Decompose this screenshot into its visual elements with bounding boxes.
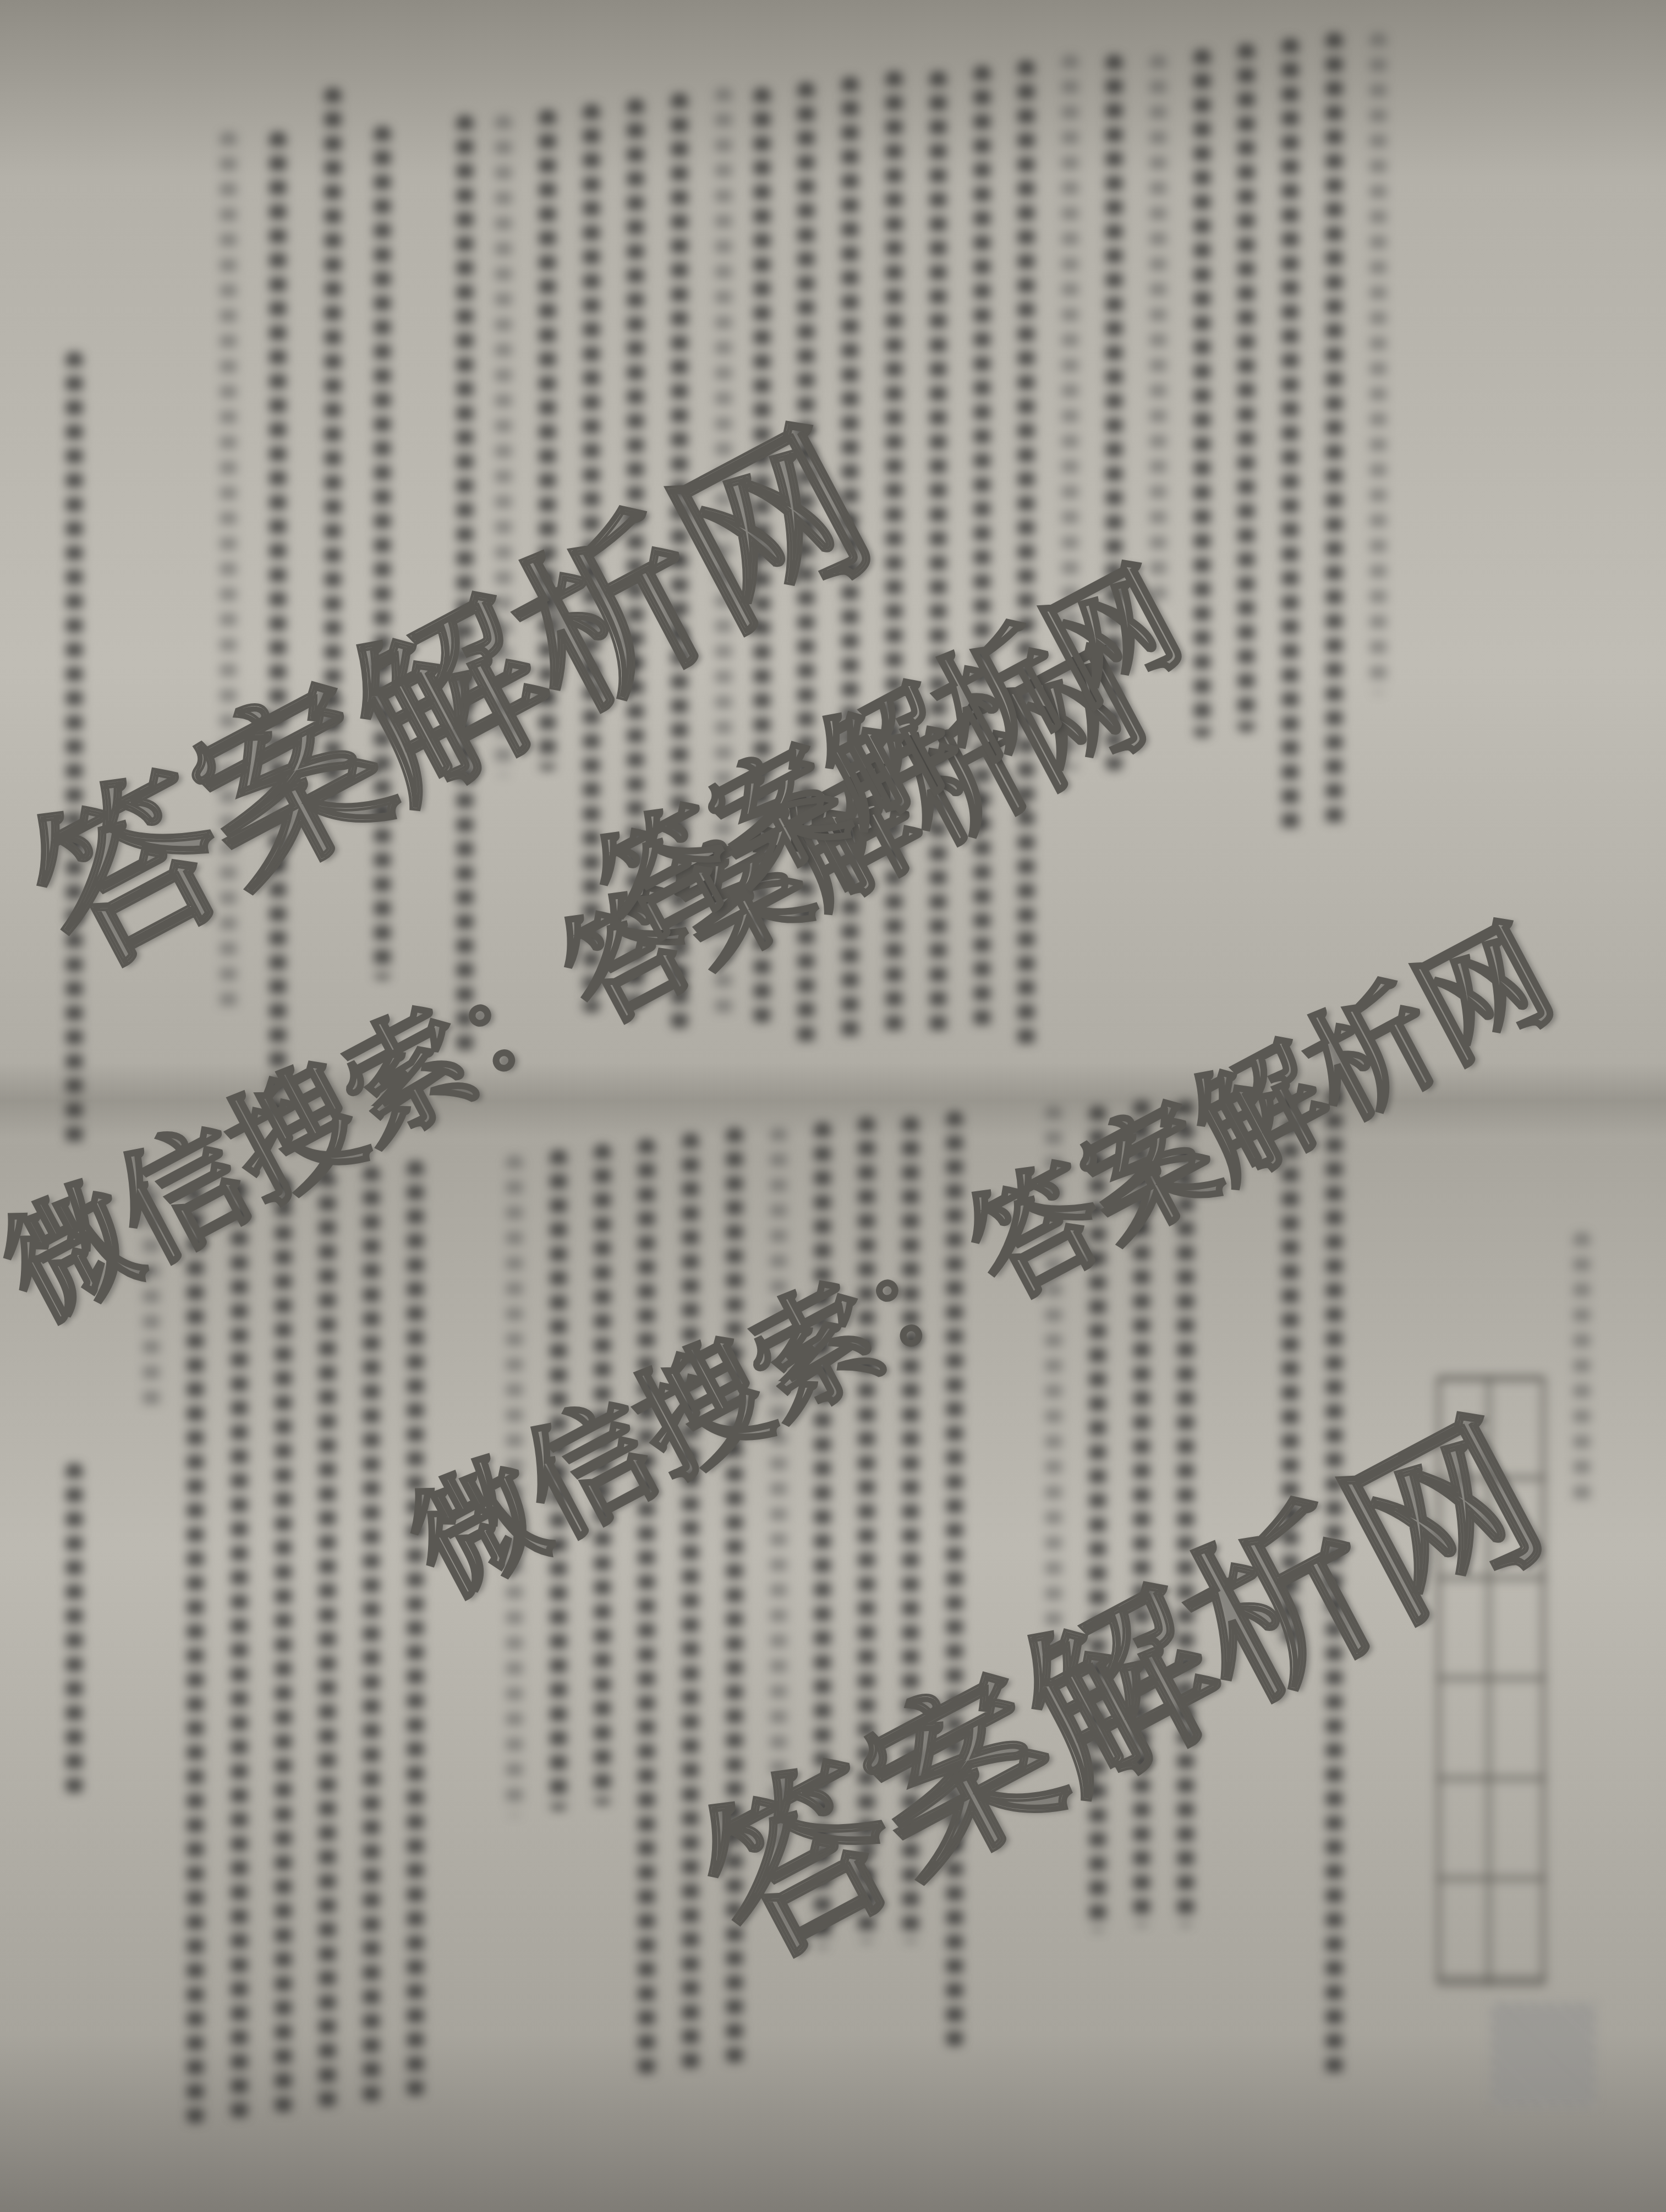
text-column xyxy=(275,1178,292,2113)
text-column xyxy=(974,66,990,1029)
text-column xyxy=(319,1172,336,2107)
text-column xyxy=(1326,33,1342,831)
page-footer xyxy=(66,1464,83,1794)
text-column xyxy=(363,1167,380,2102)
text-column xyxy=(682,1134,699,2069)
text-column xyxy=(1238,44,1254,732)
text-column xyxy=(407,1161,424,2096)
text-column xyxy=(1370,33,1386,693)
text-column xyxy=(187,1189,204,2124)
text-column xyxy=(231,1183,248,2118)
text-column xyxy=(1018,61,1034,1051)
text-column xyxy=(1282,39,1298,836)
text-column xyxy=(1574,1233,1590,1508)
text-column xyxy=(638,1139,655,2074)
qr-code xyxy=(1491,2003,1596,2107)
text-column xyxy=(930,72,946,1034)
text-column xyxy=(1194,50,1210,737)
text-column xyxy=(1150,55,1166,605)
